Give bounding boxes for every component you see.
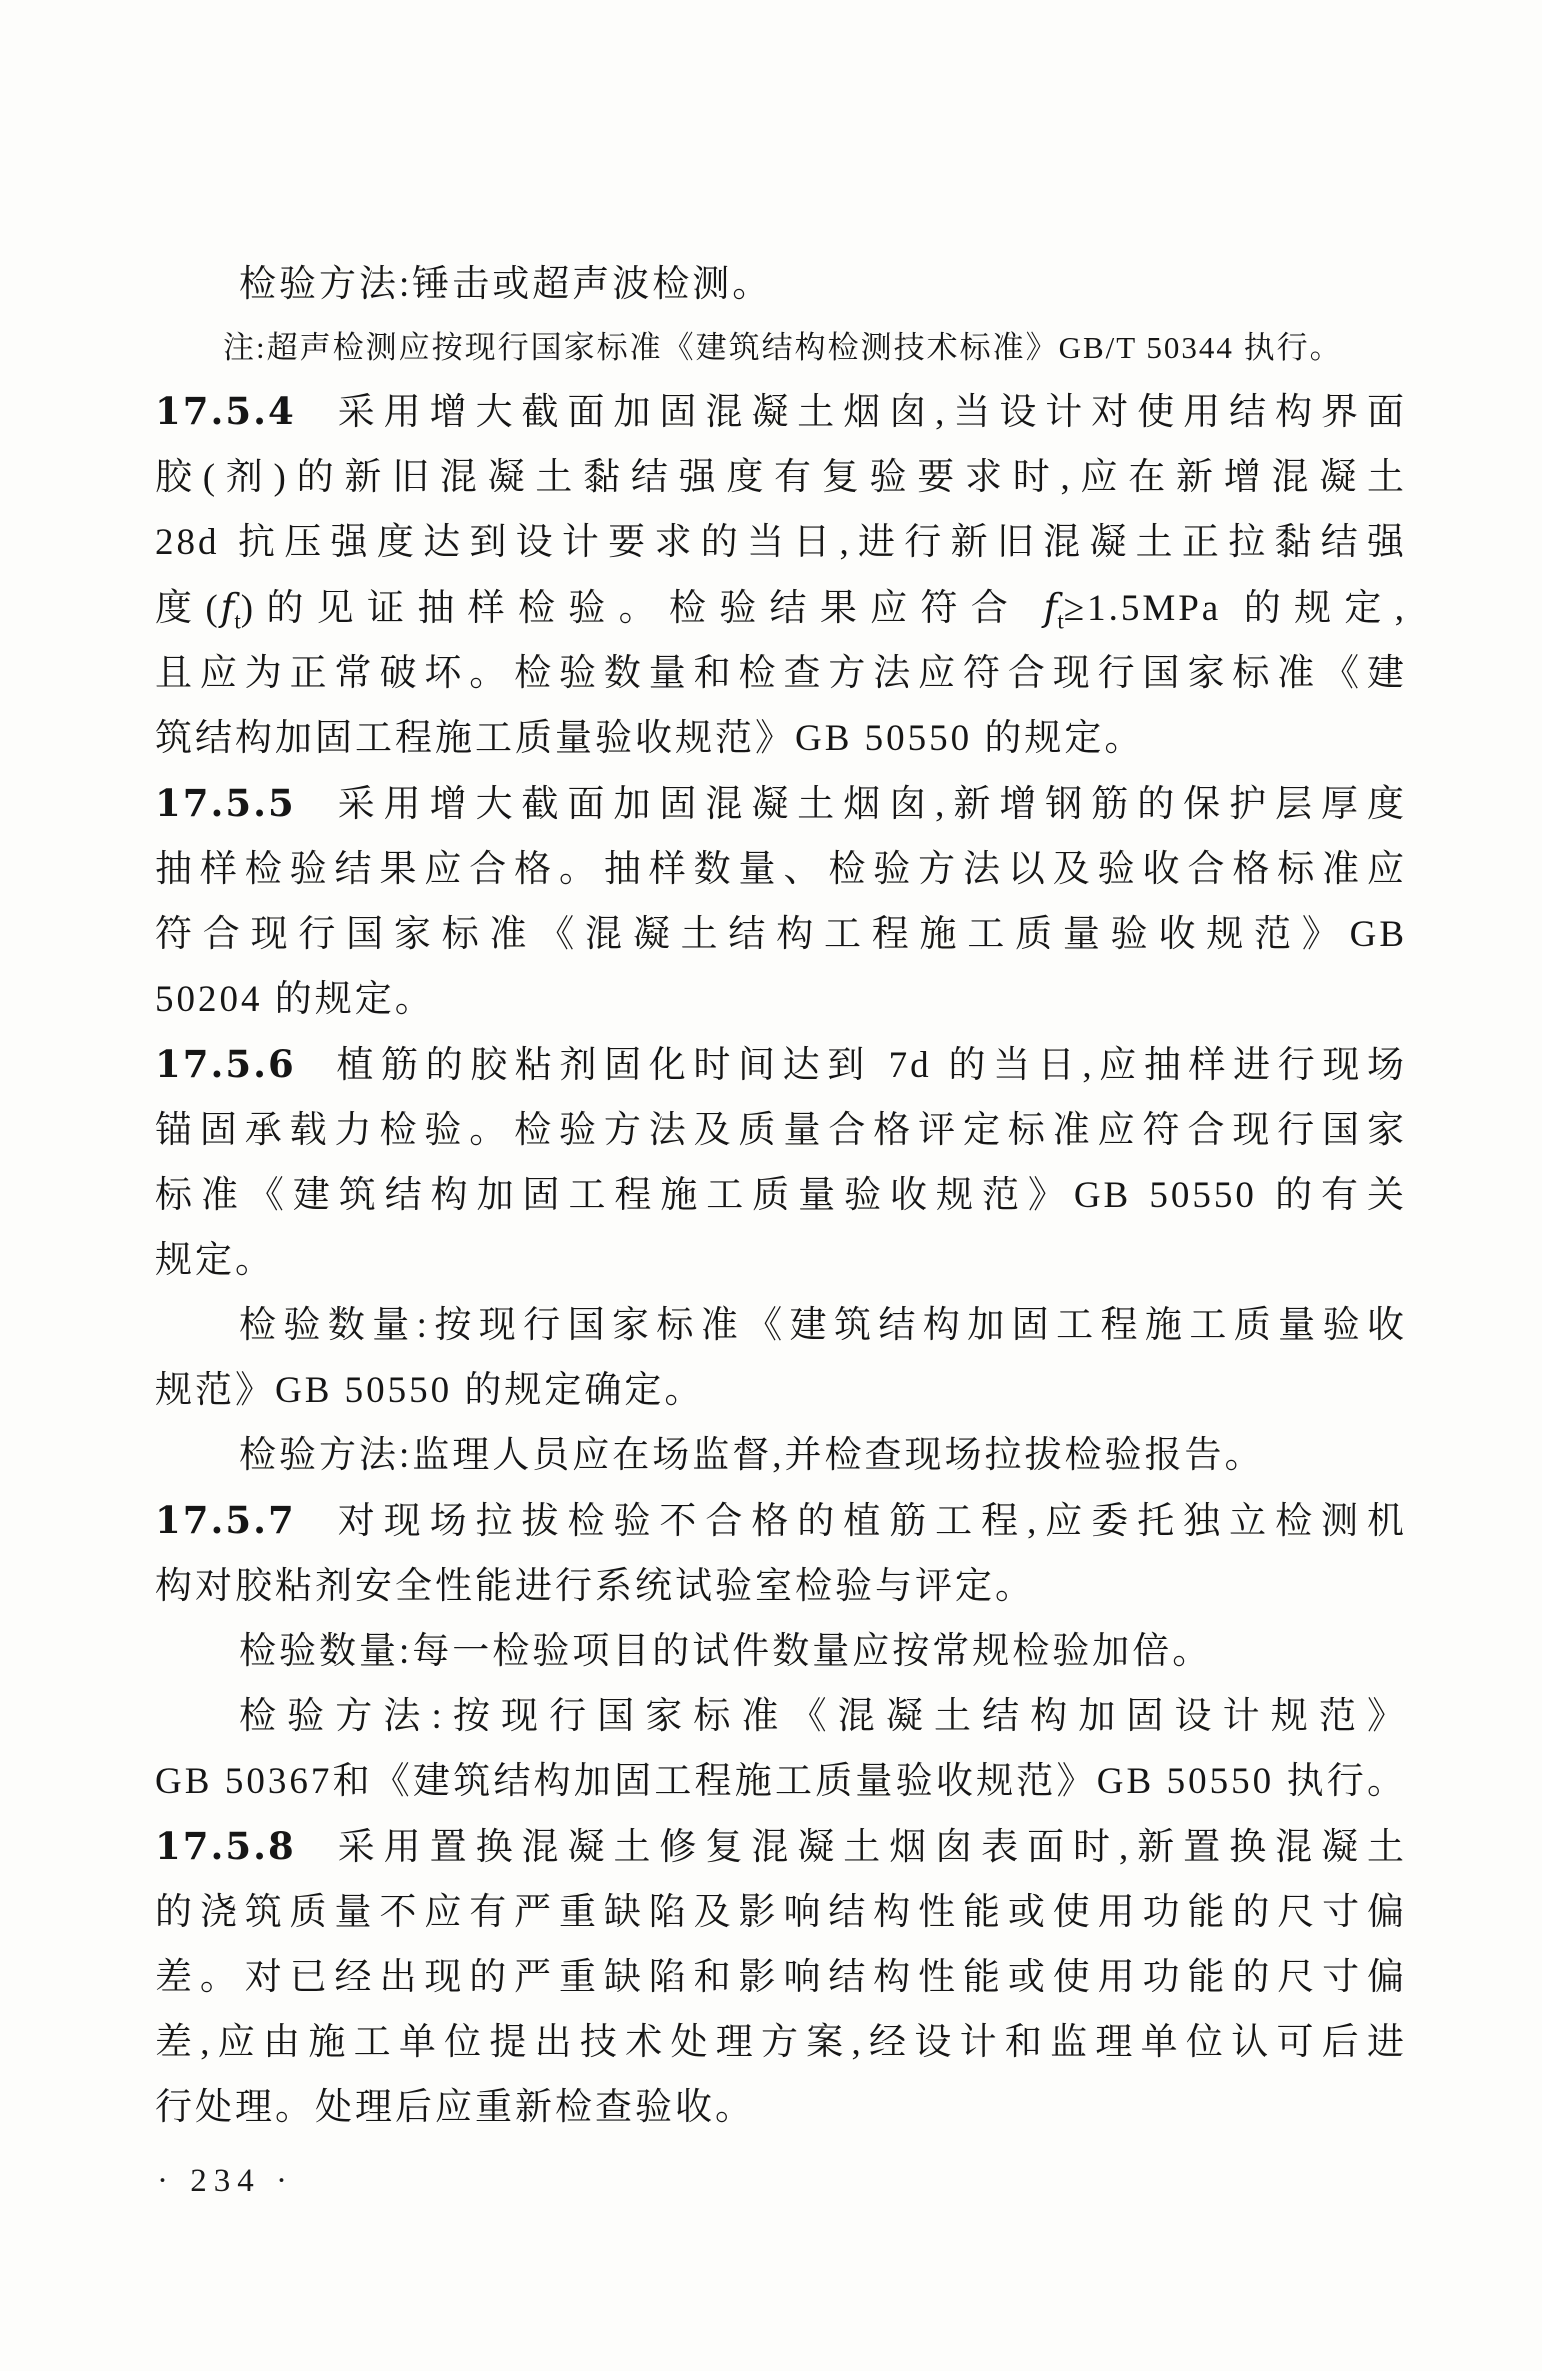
doc-note-line: 注:超声检测应按现行国家标准《建筑结构检测技术标准》GB/T 50344 执行。 (155, 317, 1407, 379)
doc-line: 符合现行国家标准《混凝土结构工程施工质量验收规范》GB (155, 902, 1407, 967)
doc-line: 抽样检验结果应合格。抽样数量、检验方法以及验收合格标准应 (155, 837, 1407, 902)
line-text: ≥1.5MPa 的规定, (1064, 588, 1407, 629)
line-text: 采用增大截面加固混凝土烟囱,新增钢筋的保护层厚度 (332, 784, 1407, 825)
page-body-text: 检验方法:锤击或超声波检测。 注:超声检测应按现行国家标准《建筑结构检测技术标准… (155, 252, 1407, 2140)
doc-line: 标准《建筑结构加固工程施工质量验收规范》GB 50550 的有关 (155, 1163, 1407, 1228)
line-text: 锚固承载力检验。检验方法及质量合格评定标准应符合现行国家 (155, 1110, 1407, 1151)
line-text: 符合现行国家标准《混凝土结构工程施工质量验收规范》GB (155, 914, 1407, 955)
line-text: 检验数量:每一检验项目的试件数量应按常规检验加倍。 (239, 1631, 1212, 1672)
line-text: 构对胶粘剂安全性能进行系统试验室检验与评定。 (155, 1566, 1035, 1607)
doc-line: 差,应由施工单位提出技术处理方案,经设计和监理单位认可后进 (155, 2010, 1407, 2075)
doc-line-clause-17-5-4: 17.5.4采用增大截面加固混凝土烟囱,当设计对使用结构界面 (155, 379, 1407, 445)
doc-line: 且应为正常破坏。检验数量和检查方法应符合现行国家标准《建 (155, 641, 1407, 706)
doc-line-clause-17-5-8: 17.5.8采用置换混凝土修复混凝土烟囱表面时,新置换混凝土 (155, 1814, 1407, 1880)
line-text: 对现场拉拔检验不合格的植筋工程,应委托独立检测机 (332, 1501, 1407, 1542)
doc-line: 规范》GB 50550 的规定确定。 (155, 1358, 1407, 1423)
line-text: 采用置换混凝土修复混凝土烟囱表面时,新置换混凝土 (332, 1827, 1407, 1868)
note-text: 注:超声检测应按现行国家标准《建筑结构检测技术标准》GB/T 50344 执行。 (223, 330, 1343, 365)
line-text: 标准《建筑结构加固工程施工质量验收规范》GB 50550 的有关 (155, 1175, 1407, 1216)
line-text: 50204 的规定。 (155, 979, 435, 1020)
line-text: 差,应由施工单位提出技术处理方案,经设计和监理单位认可后进 (155, 2022, 1407, 2063)
line-text: GB 50367和《建筑结构加固工程施工质量验收规范》GB 50550 执行。 (155, 1761, 1407, 1802)
doc-line-clause-17-5-5: 17.5.5采用增大截面加固混凝土烟囱,新增钢筋的保护层厚度 (155, 771, 1407, 837)
doc-line: 规定。 (155, 1228, 1407, 1293)
page-number: · 234 · (157, 2163, 294, 2200)
doc-line-inspection-method: 检验方法:锤击或超声波检测。 (155, 252, 1407, 317)
formula-f-symbol: f (1044, 586, 1058, 629)
line-text: 28d 抗压强度达到设计要求的当日,进行新旧混凝土正拉黏结强 (155, 522, 1407, 563)
formula-f-symbol: f (221, 586, 235, 629)
doc-line: 50204 的规定。 (155, 967, 1407, 1032)
line-text: 检验方法:监理人员应在场监督,并检查现场拉拔检验报告。 (239, 1435, 1265, 1476)
line-text: 植筋的胶粘剂固化时间达到 7d 的当日,应抽样进行现场 (332, 1045, 1407, 1086)
line-text: 筑结构加固工程施工质量验收规范》GB 50550 的规定。 (155, 718, 1144, 759)
clause-number: 17.5.5 (155, 781, 296, 825)
doc-line: 差。对已经出现的严重缺陷和影响结构性能或使用功能的尺寸偏 (155, 1945, 1407, 2010)
line-text: 采用增大截面加固混凝土烟囱,当设计对使用结构界面 (332, 392, 1407, 433)
doc-line-inspection-quantity: 检验数量:每一检验项目的试件数量应按常规检验加倍。 (155, 1619, 1407, 1684)
clause-number: 17.5.4 (155, 389, 296, 433)
doc-line-formula: 度(ft)的见证抽样检验。检验结果应符合 ft≥1.5MPa 的规定, (155, 575, 1407, 641)
doc-line-clause-17-5-7: 17.5.7对现场拉拔检验不合格的植筋工程,应委托独立检测机 (155, 1488, 1407, 1554)
line-text: 且应为正常破坏。检验数量和检查方法应符合现行国家标准《建 (155, 653, 1407, 694)
doc-line-inspection-method: 检验方法:监理人员应在场监督,并检查现场拉拔检验报告。 (155, 1423, 1407, 1488)
line-text: 抽样检验结果应合格。抽样数量、检验方法以及验收合格标准应 (155, 849, 1407, 890)
doc-line: 筑结构加固工程施工质量验收规范》GB 50550 的规定。 (155, 706, 1407, 771)
doc-line: 28d 抗压强度达到设计要求的当日,进行新旧混凝土正拉黏结强 (155, 510, 1407, 575)
line-text: 规范》GB 50550 的规定确定。 (155, 1370, 704, 1411)
document-page: 检验方法:锤击或超声波检测。 注:超声检测应按现行国家标准《建筑结构检测技术标准… (0, 0, 1542, 2371)
doc-line: GB 50367和《建筑结构加固工程施工质量验收规范》GB 50550 执行。 (155, 1749, 1407, 1814)
line-text: 度( (155, 588, 221, 629)
doc-line: 行处理。处理后应重新检查验收。 (155, 2075, 1407, 2140)
doc-line-inspection-quantity: 检验数量:按现行国家标准《建筑结构加固工程施工质量验收 (155, 1293, 1407, 1358)
clause-number: 17.5.6 (155, 1042, 296, 1086)
line-text: 差。对已经出现的严重缺陷和影响结构性能或使用功能的尺寸偏 (155, 1957, 1407, 1998)
clause-number: 17.5.8 (155, 1824, 296, 1868)
doc-line: 构对胶粘剂安全性能进行系统试验室检验与评定。 (155, 1554, 1407, 1619)
line-text: 的浇筑质量不应有严重缺陷及影响结构性能或使用功能的尺寸偏 (155, 1892, 1407, 1933)
doc-line: 锚固承载力检验。检验方法及质量合格评定标准应符合现行国家 (155, 1098, 1407, 1163)
line-text: 规定。 (155, 1240, 275, 1281)
line-text: 胶(剂)的新旧混凝土黏结强度有复验要求时,应在新增混凝土 (155, 457, 1407, 498)
clause-number: 17.5.7 (155, 1498, 296, 1542)
line-text: 检验方法:按现行国家标准《混凝土结构加固设计规范》 (239, 1696, 1407, 1737)
doc-line: 的浇筑质量不应有严重缺陷及影响结构性能或使用功能的尺寸偏 (155, 1880, 1407, 1945)
doc-line-clause-17-5-6: 17.5.6植筋的胶粘剂固化时间达到 7d 的当日,应抽样进行现场 (155, 1032, 1407, 1098)
line-text: 检验方法:锤击或超声波检测。 (239, 264, 772, 305)
line-text: )的见证抽样检验。检验结果应符合 (241, 588, 1044, 629)
line-text: 检验数量:按现行国家标准《建筑结构加固工程施工质量验收 (239, 1305, 1407, 1346)
doc-line: 胶(剂)的新旧混凝土黏结强度有复验要求时,应在新增混凝土 (155, 445, 1407, 510)
doc-line-inspection-method: 检验方法:按现行国家标准《混凝土结构加固设计规范》 (155, 1684, 1407, 1749)
line-text: 行处理。处理后应重新检查验收。 (155, 2087, 755, 2128)
